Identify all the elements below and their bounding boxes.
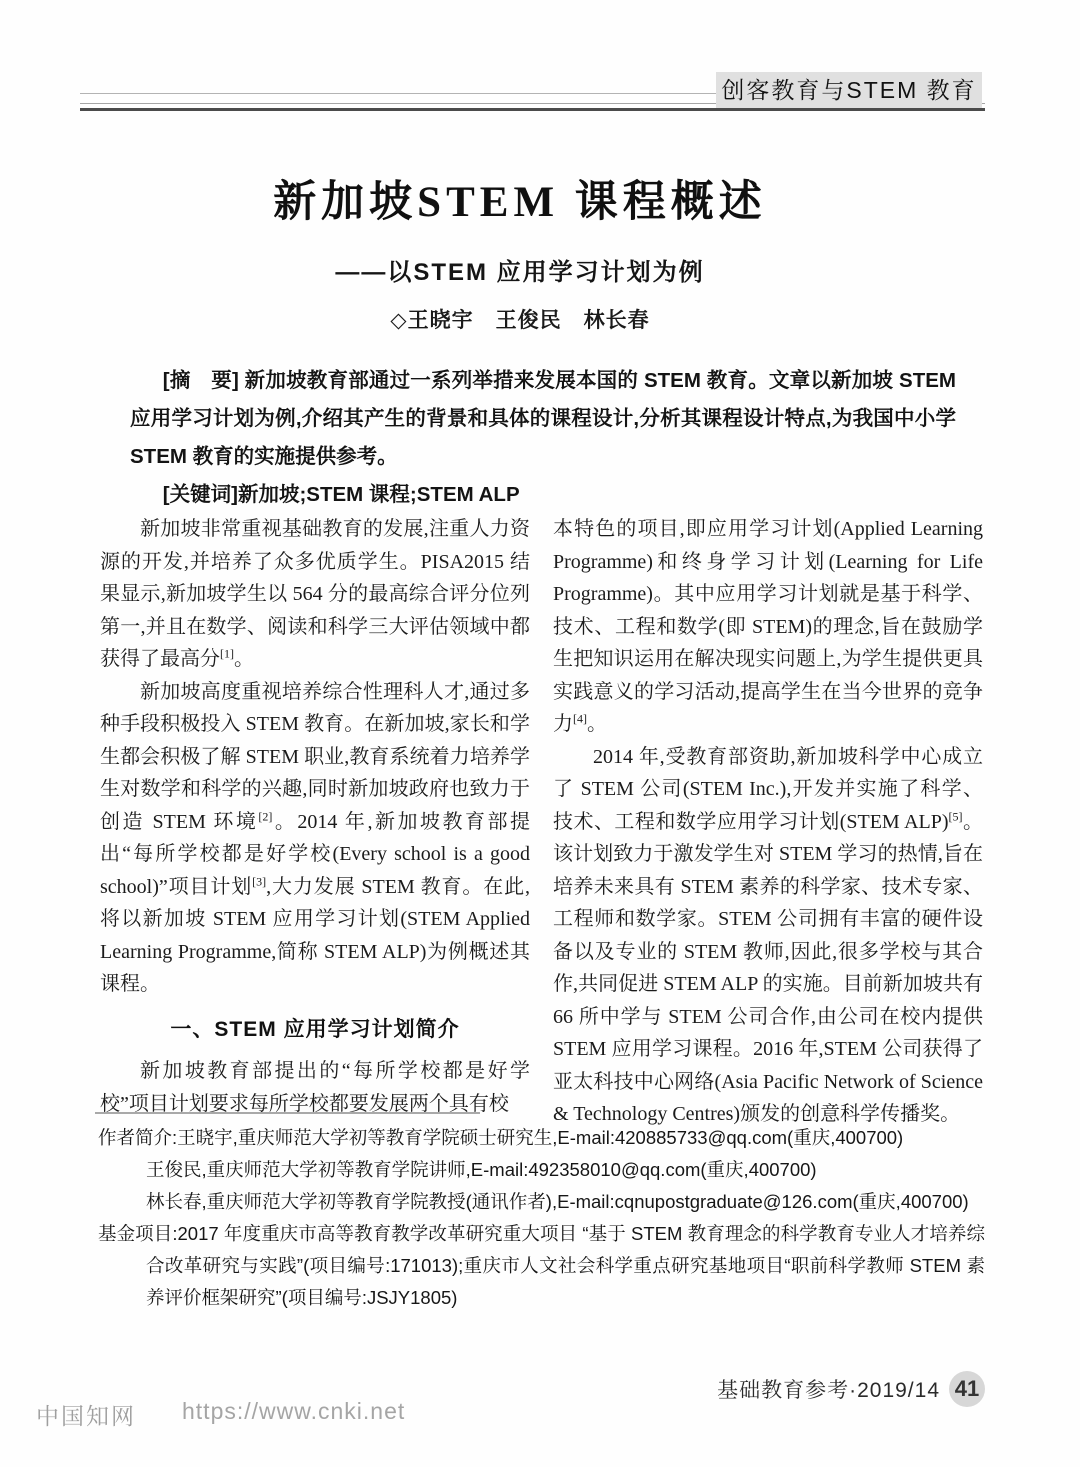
column-topic-label: 创客教育与STEM 教育	[716, 72, 982, 111]
keywords-label: [关键词]	[163, 483, 238, 506]
body-paragraph-left-3: 新加坡教育部提出的“每所学校都是好学校”项目计划要求每所学校都要发展两个具有校	[100, 1055, 530, 1120]
author-note-entry-2: 王俊民,重庆师范大学初等教育学院讲师,E-mail:492358010@qq.c…	[146, 1154, 985, 1186]
keywords-paragraph: [关键词]新加坡;STEM 课程;STEM ALP	[130, 476, 956, 514]
cnki-watermark: 中国知网 https://www.cnki.net	[36, 1398, 405, 1431]
author-note-label: 作者简介:	[98, 1127, 177, 1148]
abstract-label: [摘 要]	[163, 369, 245, 392]
keywords-text: 新加坡;STEM 课程;STEM ALP	[238, 483, 520, 506]
author-note-line-1: 作者简介:王晓宇,重庆师范大学初等教育学院硕士研究生,E-mail:420885…	[98, 1122, 985, 1154]
masthead-rule-thin	[80, 93, 716, 94]
body-column-left: 新加坡非常重视基础教育的发展,注重人力资源的开发,并培养了众多优质学生。PISA…	[100, 513, 530, 1120]
fund-note-line: 基金项目:2017 年度重庆市高等教育教学改革研究重大项目 “基于 STEM 教…	[98, 1218, 985, 1314]
journal-issue-label: 基础教育参考·2019/14	[717, 1374, 940, 1404]
section-heading-1: 一、STEM 应用学习计划简介	[100, 1014, 530, 1047]
body-column-right: 本特色的项目,即应用学习计划(Applied Learning Programm…	[553, 513, 983, 1131]
article-title: 新加坡STEM 课程概述	[60, 168, 980, 229]
body-paragraph-right-2: 2014 年,受教育部资助,新加坡科学中心成立了 STEM 公司(STEM In…	[553, 741, 983, 1131]
abstract-text: 新加坡教育部通过一系列举措来发展本国的 STEM 教育。文章以新加坡 STEM …	[130, 369, 956, 468]
page-footer: 基础教育参考·2019/14 41	[717, 1371, 985, 1407]
journal-page: 创客教育与STEM 教育 新加坡STEM 课程概述 ——以STEM 应用学习计划…	[0, 0, 1080, 1467]
body-paragraph-left-1: 新加坡非常重视基础教育的发展,注重人力资源的开发,并培养了众多优质学生。PISA…	[100, 513, 530, 676]
body-paragraph-left-2: 新加坡高度重视培养综合性理科人才,通过多种手段积极投入 STEM 教育。在新加坡…	[100, 676, 530, 1001]
footnote-divider	[95, 1112, 480, 1114]
article-subtitle: ——以STEM 应用学习计划为例	[60, 252, 980, 287]
page-number-badge: 41	[949, 1371, 985, 1407]
fund-note-label: 基金项目:	[98, 1223, 178, 1244]
abstract-paragraph: [摘 要] 新加坡教育部通过一系列举措来发展本国的 STEM 教育。文章以新加坡…	[130, 362, 956, 476]
fund-note-text: 2017 年度重庆市高等教育教学改革研究重大项目 “基于 STEM 教育理念的科…	[146, 1223, 985, 1308]
abstract-block: [摘 要] 新加坡教育部通过一系列举措来发展本国的 STEM 教育。文章以新加坡…	[130, 362, 956, 514]
author-note-entry-1: 王晓宇,重庆师范大学初等教育学院硕士研究生,E-mail:420885733@q…	[177, 1127, 903, 1148]
cnki-site-name: 中国知网	[36, 1398, 136, 1431]
body-paragraph-right-1: 本特色的项目,即应用学习计划(Applied Learning Programm…	[553, 513, 983, 741]
article-authors: ◇王晓宇 王俊民 林长春	[60, 304, 980, 334]
footnotes-block: 作者简介:王晓宇,重庆师范大学初等教育学院硕士研究生,E-mail:420885…	[98, 1122, 985, 1314]
cnki-url: https://www.cnki.net	[182, 1398, 405, 1431]
author-note-entry-3: 林长春,重庆师范大学初等教育学院教授(通讯作者),E-mail:cqnupost…	[146, 1186, 985, 1218]
